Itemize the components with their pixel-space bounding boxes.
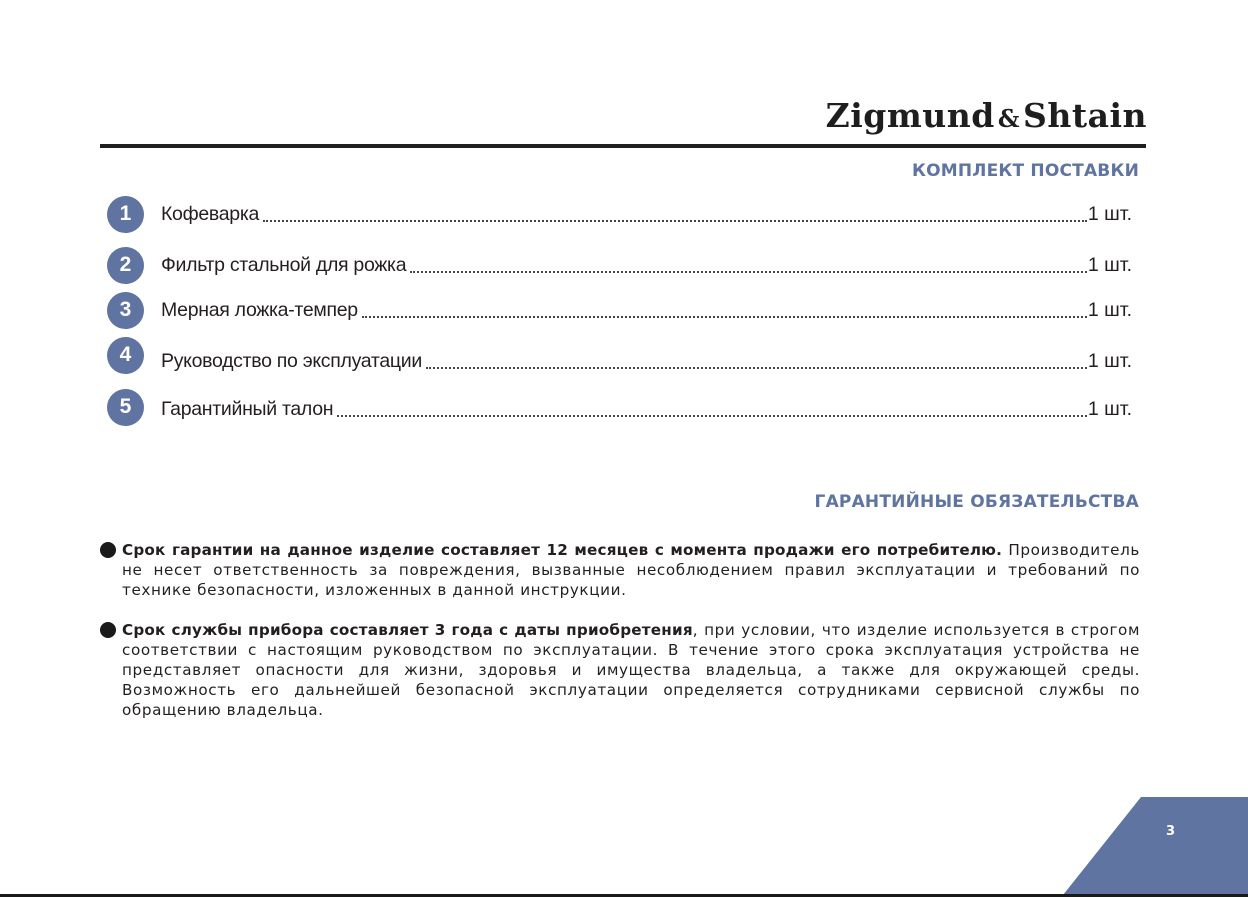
item-label: Кофеварка — [161, 203, 259, 226]
number-badge: 4 — [107, 337, 144, 374]
bullet-icon — [100, 542, 116, 558]
page-number: 3 — [1166, 824, 1175, 839]
item-label: Гарантийный талон — [161, 398, 333, 421]
paragraph-body: Срок гарантии на данное изделие составля… — [122, 540, 1140, 600]
item-label: Руководство по эксплуатации — [161, 350, 422, 373]
dot-leader — [337, 415, 1087, 417]
dot-leader — [426, 367, 1087, 369]
paragraph-lead: Срок гарантии на данное изделие составля… — [122, 541, 1002, 559]
dot-leader — [362, 316, 1087, 318]
list-item: 2 Фильтр стальной для рожка 1 шт. — [107, 246, 1132, 284]
kit-section-title: КОМПЛЕКТ ПОСТАВКИ — [912, 161, 1139, 181]
brand-name-part2: Shtain — [1023, 96, 1147, 135]
warranty-paragraph: Срок гарантии на данное изделие составля… — [100, 540, 1140, 600]
page-corner-tab — [1063, 797, 1248, 895]
brand-ampersand: & — [998, 104, 1020, 133]
item-quantity: 1 шт. — [1088, 203, 1132, 226]
item-quantity: 1 шт. — [1088, 299, 1132, 322]
number-badge: 2 — [107, 247, 144, 284]
bullet-icon — [100, 622, 116, 638]
number-badge: 5 — [107, 389, 144, 426]
brand-name-part1: Zigmund — [826, 96, 995, 135]
number-badge: 1 — [107, 196, 144, 233]
header-divider — [100, 144, 1146, 148]
dot-leader — [263, 220, 1087, 222]
brand-logo: Zigmund&Shtain — [826, 96, 1147, 135]
service-life-paragraph: Срок службы прибора составляет 3 года с … — [100, 620, 1140, 720]
item-quantity: 1 шт. — [1088, 398, 1132, 421]
item-quantity: 1 шт. — [1088, 254, 1132, 277]
warranty-section-title: ГАРАНТИЙНЫЕ ОБЯЗАТЕЛЬСТВА — [815, 492, 1139, 512]
item-label: Фильтр стальной для рожка — [161, 254, 406, 277]
list-item: 1 Кофеварка 1 шт. — [107, 195, 1132, 233]
number-badge: 3 — [107, 292, 144, 329]
item-quantity: 1 шт. — [1088, 350, 1132, 373]
list-item: 5 Гарантийный талон 1 шт. — [107, 388, 1132, 426]
paragraph-lead: Срок службы прибора составляет 3 года с … — [122, 621, 693, 639]
list-item: 3 Мерная ложка-темпер 1 шт. — [107, 291, 1132, 329]
list-item: 4 Руководство по эксплуатации 1 шт. — [107, 336, 1132, 374]
item-label: Мерная ложка-темпер — [161, 299, 358, 322]
paragraph-body: Срок службы прибора составляет 3 года с … — [122, 620, 1140, 720]
dot-leader — [410, 271, 1087, 273]
